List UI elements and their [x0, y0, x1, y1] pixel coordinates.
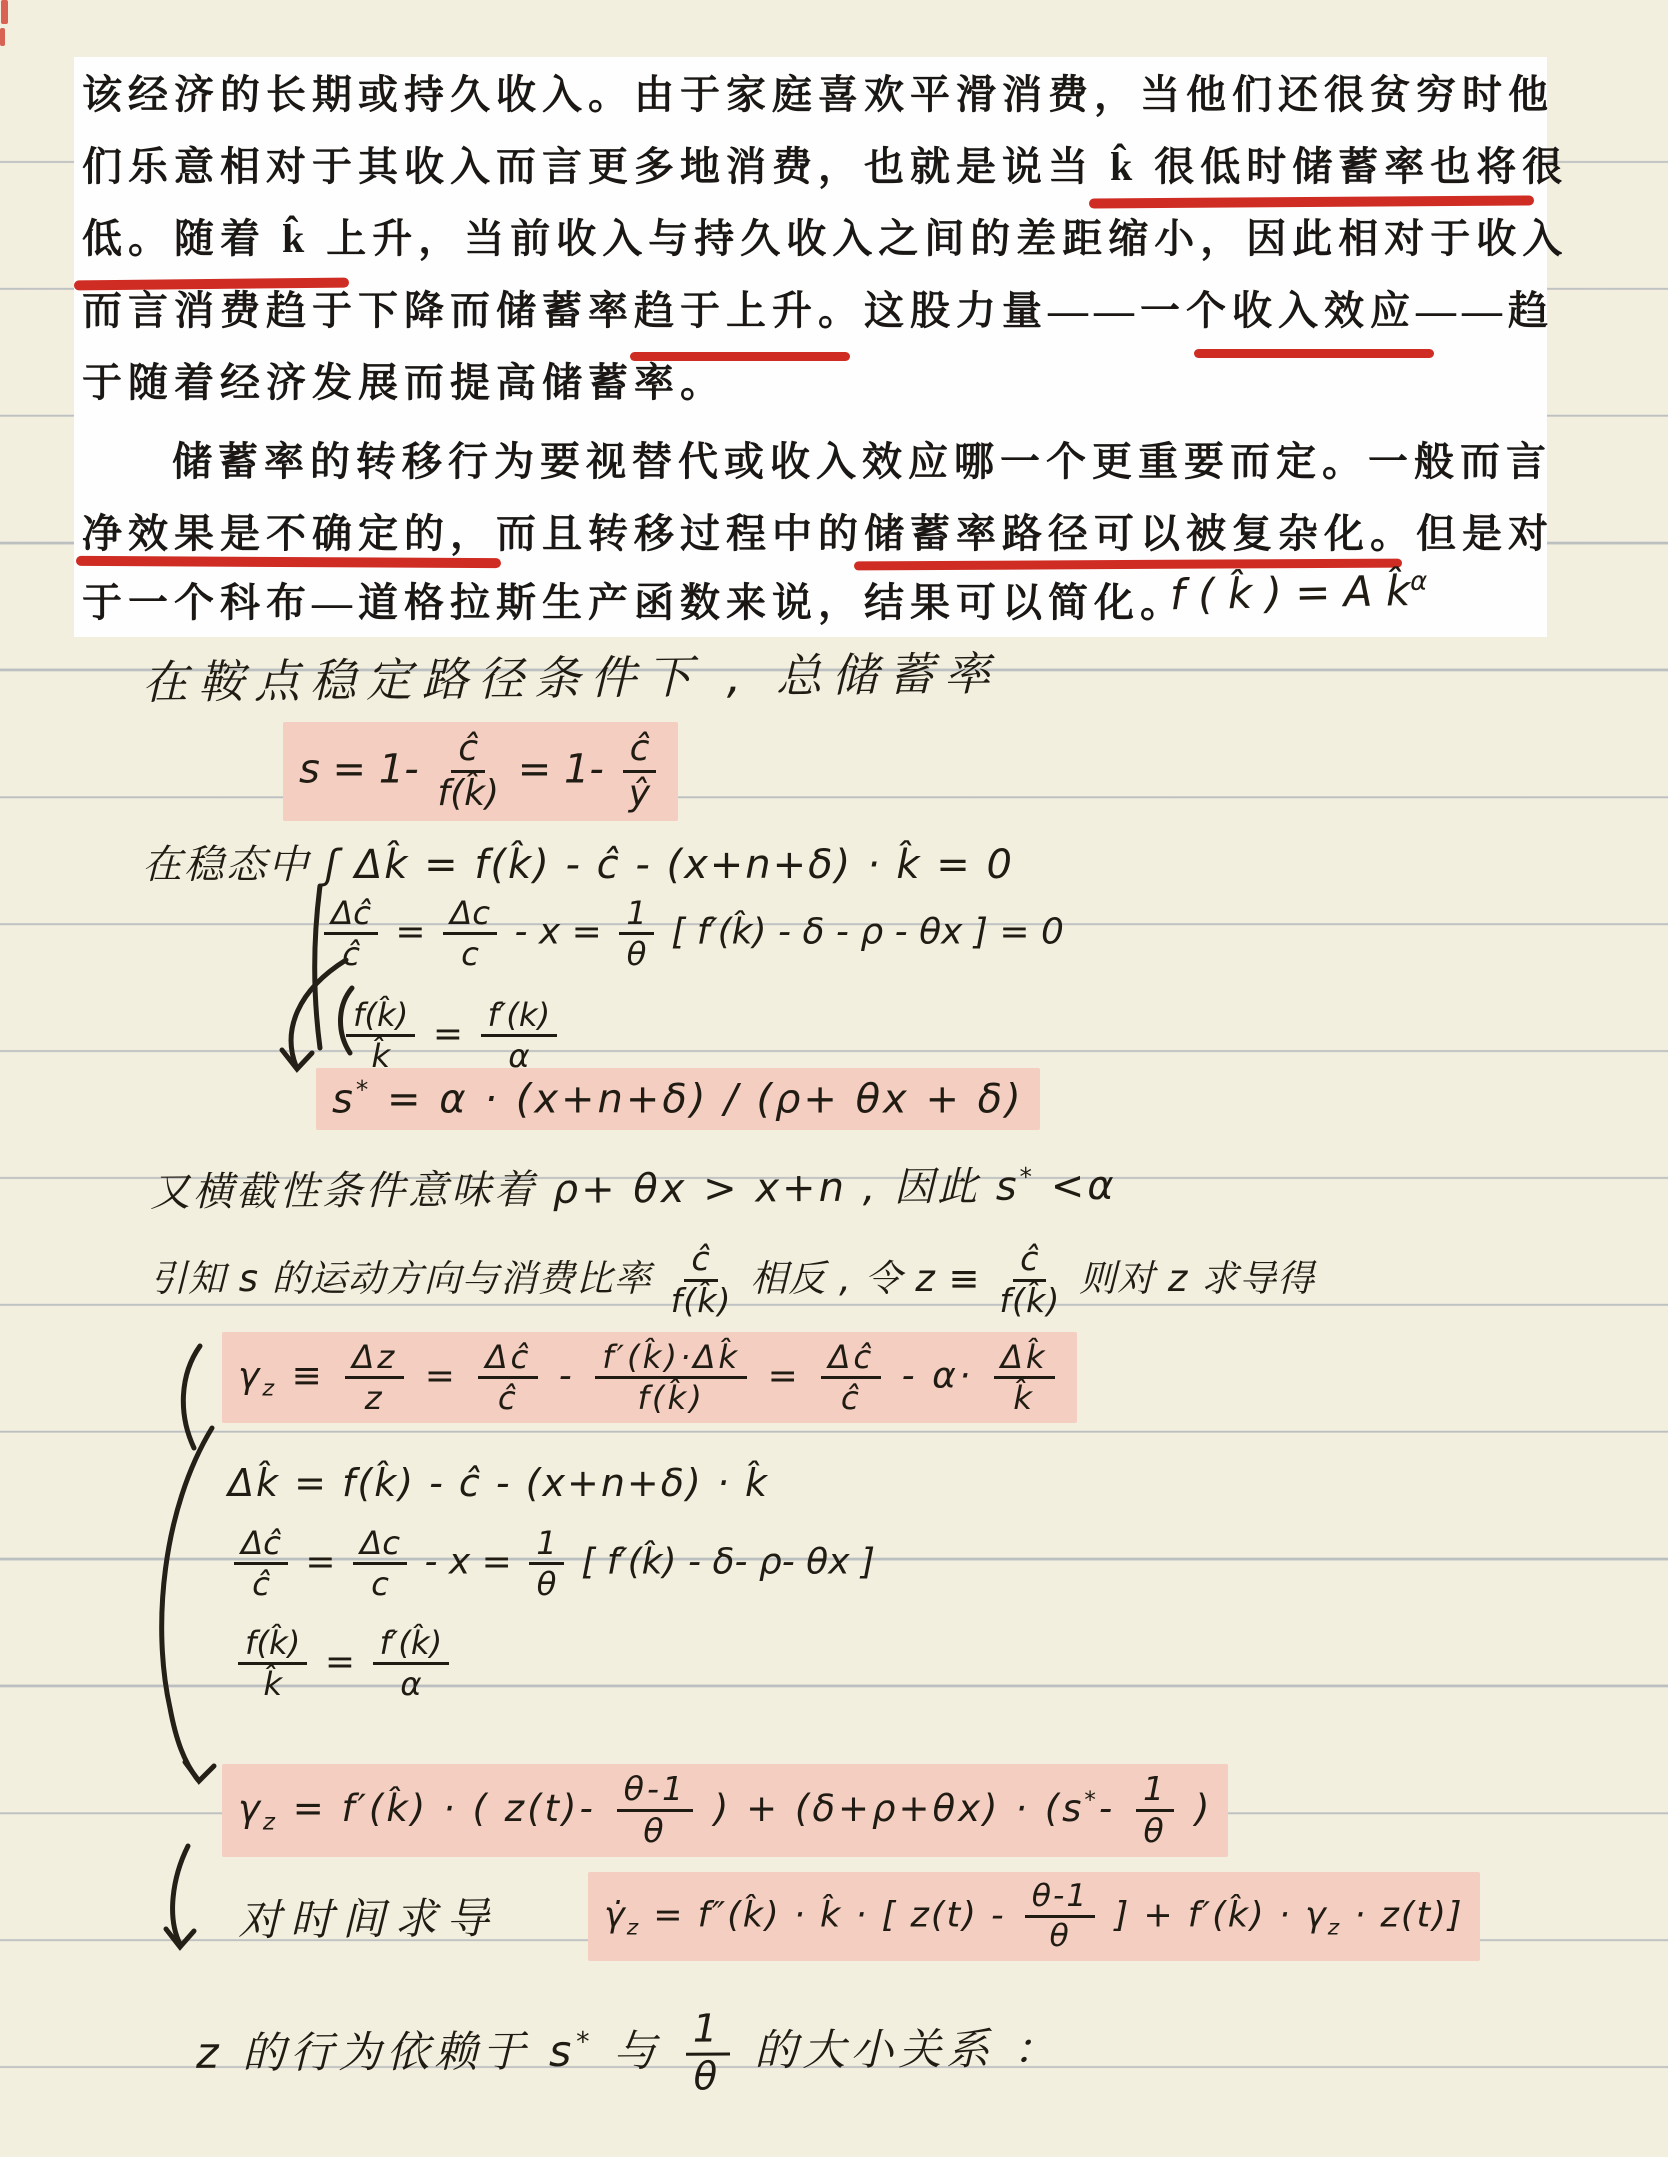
printed-line: 低。随着 k̂ 上升，当前收入与持久收入之间的差距缩小，因此相对于收入: [82, 217, 1568, 261]
eq-ratio-steady: f(k̂)k̂ = f′(k)α: [340, 998, 563, 1073]
note-transversality: 又横截性条件意味着 ρ+ θx > x+n , 因此 s* <α: [150, 1163, 1117, 1216]
eq-total-saving: s = 1- ĉf(k̂) = 1- ĉŷ: [283, 722, 678, 821]
red-underline-income-effect: [1194, 349, 1434, 358]
red-underline-tends-to-rise: [630, 352, 850, 361]
eq-saving-rate-star: s* = α · (x+n+δ) / (ρ+ θx + δ): [316, 1068, 1040, 1130]
printed-text-block: 该经济的长期或持久收入。由于家庭喜欢平滑消费，当他们还很贫穷时他 们乐意相对于其…: [74, 57, 1547, 637]
printed-line: 们乐意相对于其收入而言更多地消费，也就是说当 k̂ 很低时储蓄率也将很: [82, 145, 1568, 189]
cobb-douglas-formula: f ( k̂ ) = A k̂α: [1170, 567, 1428, 620]
corner-mark: [1, 0, 8, 24]
arrow-system-to-result: [162, 1428, 212, 1780]
note-conclusion: z 的行为依赖于 s* 与 1θ 的大小关系 ：: [196, 2008, 1061, 2101]
arrowhead: [185, 1762, 214, 1781]
arrowhead: [282, 1050, 312, 1069]
arrowhead: [166, 1929, 194, 1947]
eq-ratio: f(k̂)k̂ = f′(k̂)α: [232, 1626, 455, 1701]
eq-z-dot: γ̇z = f″(k̂) · k̂ · [ z(t) - θ-1θ ] + f′…: [588, 1872, 1480, 1961]
printed-line: 净效果是不确定的，而且转移过程中的储蓄率路径可以被复杂化。但是对: [82, 512, 1554, 556]
notebook-page: 该经济的长期或持久收入。由于家庭喜欢平滑消费，当他们还很贫穷时他 们乐意相对于其…: [0, 0, 1668, 2157]
printed-line: 该经济的长期或持久收入。由于家庭喜欢平滑消费，当他们还很贫穷时他: [82, 73, 1554, 117]
arrow-time-derivative: [173, 1846, 188, 1944]
corner-mark: [0, 28, 5, 46]
eq-euler-steady: Δĉĉ = Δcc - x = 1θ [ f′(k̂) - δ - ρ - θx…: [318, 896, 1064, 971]
note-z-definition: 引知 s 的运动方向与消费比率 ĉf(k̂) 相反 , 令 z ≡ ĉf(k̂)…: [150, 1242, 1315, 1319]
red-underline-low-k-saving: [1089, 195, 1534, 208]
note-intro: 在鞍点稳定路径条件下 , 总储蓄率: [142, 648, 1000, 710]
printed-line: 于一个科布—道格拉斯生产函数来说，结果可以简化。: [82, 581, 1186, 625]
printed-line: 储蓄率的转移行为要视替代或收入效应哪一个更重要而定。一般而言: [172, 440, 1552, 484]
eq-growth-of-z-final: γz = f′(k̂) · ( z(t)- θ-1θ ) + (δ+ρ+θx) …: [222, 1764, 1228, 1857]
arrow-to-saving-rate: [291, 960, 346, 1066]
paren-growth-z: [183, 1346, 200, 1448]
time-derivative-label: 对时间求导: [238, 1895, 498, 1947]
printed-line: 于随着经济发展而提高储蓄率。: [82, 361, 726, 405]
eq-euler: Δĉĉ = Δcc - x = 1θ [ f′(k̂) - δ- ρ- θx ]: [228, 1526, 875, 1601]
eq-growth-of-z: γz ≡ Δzz = Δĉĉ - f′(k̂)·Δk̂f(k̂) = Δĉĉ -…: [222, 1332, 1077, 1423]
eq-steady-state: 在稳态中 ʃ Δk̂ = f(k̂) - ĉ - (x+n+δ) · k̂ = …: [142, 842, 1014, 888]
printed-line: 而言消费趋于下降而储蓄率趋于上升。这股力量——一个收入效应——趋: [82, 289, 1554, 333]
eq-capital-accumulation: Δk̂ = f(k̂) - ĉ - (x+n+δ) · k̂: [228, 1462, 769, 1506]
red-underline-net-effect: [76, 556, 501, 568]
